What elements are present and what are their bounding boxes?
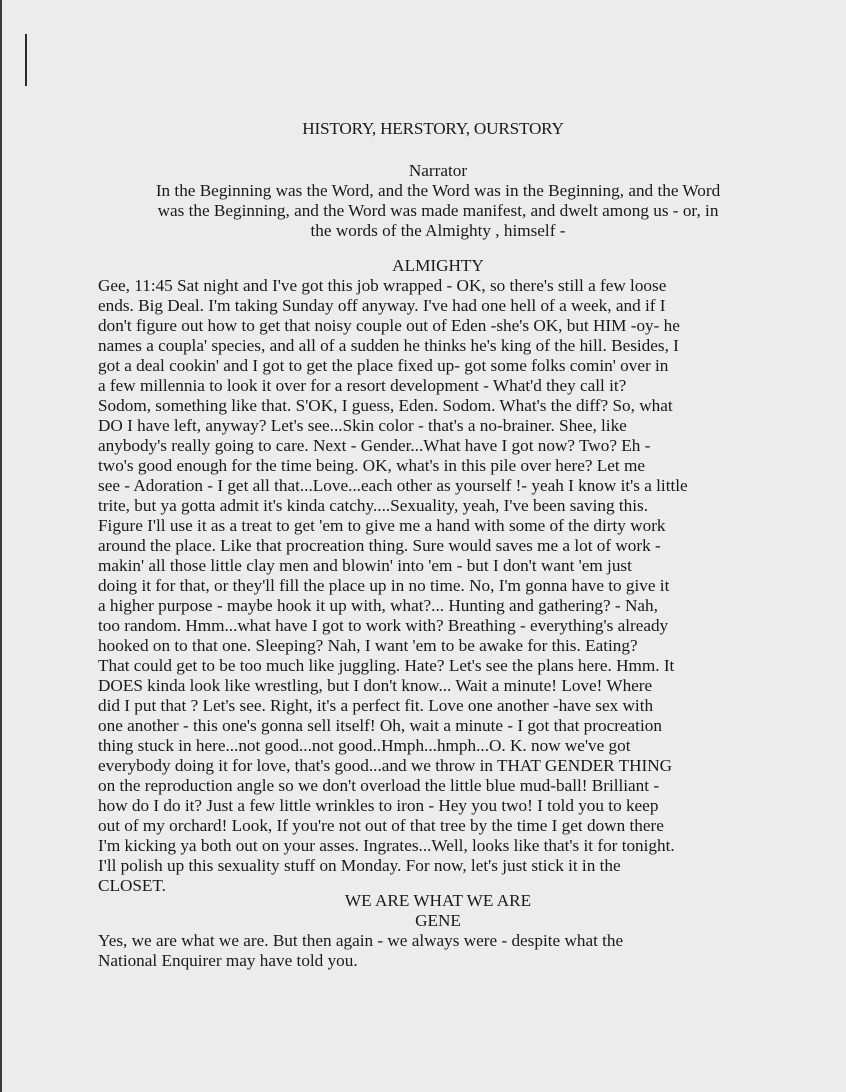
text-line: thing stuck in here...not good...not goo… — [98, 736, 778, 756]
text-line: two's good enough for the time being. OK… — [98, 456, 778, 476]
narrator-text: In the Beginning was the Word, and the W… — [98, 181, 778, 241]
text-line: how do I do it? Just a few little wrinkl… — [98, 796, 778, 816]
text-line: see - Adoration - I get all that...Love.… — [98, 476, 778, 496]
text-line: Gee, 11:45 Sat night and I've got this j… — [98, 276, 778, 296]
section-almighty: ALMIGHTY Gee, 11:45 Sat night and I've g… — [98, 256, 778, 896]
section-narrator: Narrator In the Beginning was the Word, … — [98, 161, 778, 241]
text-line: trite, but ya gotta admit it's kinda cat… — [98, 496, 778, 516]
scan-left-edge — [0, 0, 2, 1092]
section-heading: WE ARE WHAT WE ARE — [98, 891, 778, 911]
text-line: In the Beginning was the Word, and the W… — [98, 181, 778, 201]
text-line: DO I have left, anyway? Let's see...Skin… — [98, 416, 778, 436]
text-line: don't figure out how to get that noisy c… — [98, 316, 778, 336]
text-line: That could get to be too much like juggl… — [98, 656, 778, 676]
section-gene: WE ARE WHAT WE ARE GENE Yes, we are what… — [98, 891, 778, 971]
text-line: was the Beginning, and the Word was made… — [98, 201, 778, 221]
text-line: National Enquirer may have told you. — [98, 951, 778, 971]
almighty-monologue: Gee, 11:45 Sat night and I've got this j… — [98, 276, 778, 896]
gene-text: Yes, we are what we are. But then again … — [98, 931, 778, 971]
text-line: got a deal cookin' and I got to get the … — [98, 356, 778, 376]
text-line: Figure I'll use it as a treat to get 'em… — [98, 516, 778, 536]
text-line: on the reproduction angle so we don't ov… — [98, 776, 778, 796]
text-line: Yes, we are what we are. But then again … — [98, 931, 778, 951]
text-line: I'll polish up this sexuality stuff on M… — [98, 856, 778, 876]
text-line: a few millennia to look it over for a re… — [98, 376, 778, 396]
text-line: one another - this one's gonna sell itse… — [98, 716, 778, 736]
speaker-name: GENE — [98, 911, 778, 931]
text-line: hooked on to that one. Sleeping? Nah, I … — [98, 636, 778, 656]
speaker-name: Narrator — [98, 161, 778, 181]
text-line: names a coupla' species, and all of a su… — [98, 336, 778, 356]
text-line: DOES kinda look like wrestling, but I do… — [98, 676, 778, 696]
text-line: I'm kicking ya both out on your asses. I… — [98, 836, 778, 856]
text-line: makin' all those little clay men and blo… — [98, 556, 778, 576]
text-line: did I put that ? Let's see. Right, it's … — [98, 696, 778, 716]
text-line: a higher purpose - maybe hook it up with… — [98, 596, 778, 616]
text-line: around the place. Like that procreation … — [98, 536, 778, 556]
speaker-name: ALMIGHTY — [98, 256, 778, 276]
margin-mark — [25, 34, 27, 86]
text-line: everybody doing it for love, that's good… — [98, 756, 778, 776]
text-line: ends. Big Deal. I'm taking Sunday off an… — [98, 296, 778, 316]
text-line: the words of the Almighty , himself - — [98, 221, 778, 241]
text-line: anybody's really going to care. Next - G… — [98, 436, 778, 456]
text-line: out of my orchard! Look, If you're not o… — [98, 816, 778, 836]
text-line: too random. Hmm...what have I got to wor… — [98, 616, 778, 636]
text-line: Sodom, something like that. S'OK, I gues… — [98, 396, 778, 416]
text-line: doing it for that, or they'll fill the p… — [98, 576, 778, 596]
document-title: HISTORY, HERSTORY, OURSTORY — [98, 119, 768, 139]
